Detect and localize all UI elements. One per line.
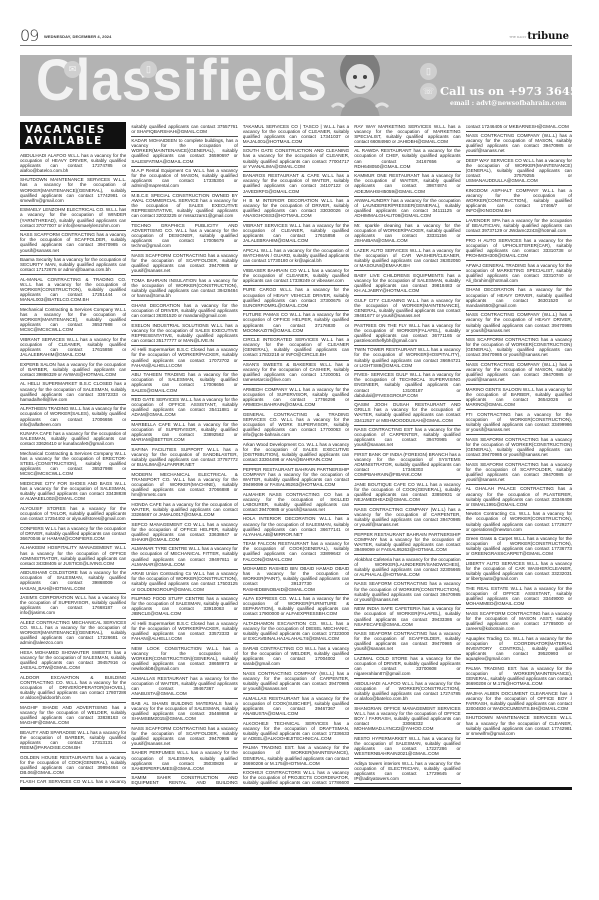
classified-ad: SHANGRIAN OFFICE MANAGEMENT SERVICES W.L… [354, 704, 460, 734]
classified-ad: KADAR MOHAIDEEN to complete buildings, h… [131, 137, 237, 167]
classified-ad: NASS CONTRACTING EST has a vacancy for t… [354, 426, 460, 451]
classified-ad: QASIM JOOH DUSAH RESTAURANT AND GRILLS h… [354, 401, 460, 426]
ad-list: ABDULHADI ALAFOO W.L.L has a vacancy for… [20, 151, 126, 785]
classified-ad: HONDA CAFE has a vacancy for the occupat… [131, 500, 237, 520]
classified-ad: RAY WAY MARKETING SERVICES W.L.L has a v… [354, 122, 460, 147]
tribune-logo: THE DAILYtribune [509, 31, 569, 42]
classified-ad: MARINO GENTS SALOON W.L.L has a vacancy … [466, 385, 572, 410]
classified-ad: Al Helli Supermarket B.S.C Closed has a … [131, 620, 237, 645]
classified-ad: ALMALLAS RESTAURANT has a vacancy for th… [243, 694, 349, 719]
classified-ad: TAKAMUL SERVICES CO | TASCO | W.L.L has … [243, 122, 349, 147]
mobile-icon: ▯ [420, 63, 437, 80]
classified-ad: BANAROS RESTAURANT & CAFE W.L.L has a va… [243, 172, 349, 197]
classified-ad: ALFA EXPRESS CO. W.L.L has a vacancy for… [243, 595, 349, 620]
classified-ad: ARAB Union Contracting Co W.L.L has a va… [131, 570, 237, 595]
classified-ad: FTI CONTRACTING has a vacancy for the oc… [466, 410, 572, 435]
classified-ad: PRO H AUTO SERVICES has a vacancy for th… [466, 236, 572, 261]
classified-ad: JASIM'S CORPORATION W.L.L has a vacancy … [20, 594, 126, 619]
classified-ad: GENERAL CONTRACTING & TRADING SERVICES C… [243, 410, 349, 440]
page-header: 09 WEDNESDAY, DECEMBER 4, 2024 [20, 26, 272, 46]
classified-ad: M.B.C.E SPECIAL CONSTRUCTION OWNED BY AW… [131, 192, 237, 222]
classified-ad: Newton Contracting Co. W.L.L has a vacan… [466, 510, 572, 535]
column-3: TAKAMUL SERVICES CO | TASCO | W.L.L has … [243, 122, 349, 785]
classified-ad: NSS SCAFFORM CONTRACTING has a vacancy f… [466, 336, 572, 361]
classified-ad: NEW INDIA SAFE CAFETERIA has a vacancy f… [354, 605, 460, 630]
classifieds-columns: VACANCIES AVAILABLE ABDULHADI ALAFOO W.L… [20, 122, 572, 785]
ad-list: RAY WAY MARKETING SERVICES W.L.L has a v… [354, 122, 460, 785]
classified-ad: VIBEASER BAHRAIN CO W.L.L has a vacancy … [243, 266, 349, 286]
classified-ad: SUN MIDDLE EAST CONTRACTING CO W.L.L has… [354, 784, 460, 785]
classified-ad: ALMAHER NASS CONTRACTING CO has a vacanc… [243, 490, 349, 515]
classified-ad: ALPATHEEN TRADING W.L.L has a vacancy fo… [20, 405, 126, 430]
classified-ad: AL HELLI SUPERMARKET B.S.C CLOSED has a … [20, 380, 126, 405]
classified-ad: FIRST BANK OF INDIA (FOREIGN) BRANCH has… [354, 450, 460, 480]
classified-ad: PEPPER RESTAURANT BAHRAIN PARTNERSHIP CO… [243, 465, 349, 490]
classified-ad: GOLDEN HOUSE RESTAURANTS has a vacancy f… [20, 753, 126, 778]
classified-ad: SEPCO MANAGEMENT CO W.L.L has a vacancy … [131, 520, 237, 545]
woman-illustration-icon [330, 55, 390, 116]
classified-ad: AFWAJ GENERAL TRADING has a vacancy for … [466, 261, 572, 286]
classified-ad: NASS SEAFORM CONTRACTING has a vacancy f… [354, 580, 460, 605]
classified-ad: Green Grass & Carpet W.L.L has a vacancy… [466, 535, 572, 560]
classified-ad: SARAB CONTRACTING CO W.L.L has a vacancy… [243, 644, 349, 669]
logo-prefix: THE DAILY [509, 35, 526, 39]
classified-ad: NASS SEAFORM CONTRACTING has a vacancy f… [466, 460, 572, 485]
classified-ad: PASTRIES ON THE FLY W.L.L has a vacancy … [354, 321, 460, 346]
classified-ad: TECHNO GRAPHICS PUBLICITY AND ADVERTISIN… [131, 222, 237, 252]
classified-ad: SAFINA FACILITIES SUPPORT W.L.L has a va… [131, 445, 237, 470]
classified-ad: Mechanical Contracting & Services Compan… [20, 305, 126, 335]
classified-ad: KINGDOM ASPHALT COMPANY W.L.L has a vaca… [466, 186, 572, 216]
classified-ad: MARBELLA CAFE W.L.L has a vacancy for th… [131, 421, 237, 446]
classified-ad: Aquaplex Trading Co. W.L.L has a vacancy… [466, 634, 572, 664]
page-date: WEDNESDAY, DECEMBER 4, 2024 [44, 34, 111, 39]
classified-ad: AL RAWDA RESTAURANT has a vacancy for th… [354, 147, 460, 172]
classified-ad: BABY LIVE CHILDRENS EQUIPMENTS has a vac… [354, 271, 460, 296]
classified-ad: HESA MOHAMED SHOWAITER SWEETS has a vaca… [20, 649, 126, 674]
classified-ad: M.A.P Rental Equipment Co W.L.L has a va… [131, 167, 237, 192]
classified-ad: SOUTH GATE CONSTRUCTION AND CLEANING has… [243, 147, 349, 172]
classified-ad: NASS CONTRACTING COMPANY (W.L.L) has a v… [466, 132, 572, 157]
classified-ad: RED GATE SERVICES W.L.L has a vacancy fo… [131, 396, 237, 421]
classified-ad: LAVENDER SPA has a vacancy for the occup… [466, 216, 572, 236]
classified-ad: FIVES- SERVICES GULF W.L.L has a vacancy… [354, 371, 460, 401]
classified-ad: ESMAELY LENZOHM ELECTRICAL CO. W.L.L has… [20, 206, 126, 231]
classified-ad: GULF CITY CLEANING W.L.L has a vacancy f… [354, 296, 460, 321]
classified-ad: PALMA TRADING EST. has a vacancy for the… [466, 664, 572, 689]
classified-ad: ARMEDH COMPANY W.L.L has a vacancy for t… [243, 385, 349, 410]
classified-ad: MODERN MECHANICAL ELECTRICAL & TRANSPORT… [131, 470, 237, 500]
logo-text: tribune [527, 31, 569, 42]
classified-ad: MOHAMED RASHED BIN OBAID HAMAD OBAID has… [243, 565, 349, 595]
classified-ad: VIBRANT SERVICES W.L.L has a vacancy for… [20, 335, 126, 360]
column-2: suitably qualified applicants can contac… [131, 122, 237, 785]
classified-ad: ALKOOHEJI TECHNICAL SERVICES has a vacan… [243, 719, 349, 744]
classified-ad: LAZER AUTO SERVICES W.L.L has a vacancy … [354, 246, 460, 271]
classifieds-banner: Classifieds ✉ ▯ ▯ ☏ Call us on +973 3645… [20, 55, 572, 116]
classified-ad: SHUTDOWN MAINTENANCE SERVICES W.L.L has … [466, 714, 572, 739]
classified-ad: Mechanical Contracting & Services Compan… [20, 450, 126, 480]
column-1: VACANCIES AVAILABLE ABDULHADI ALAFOO W.L… [20, 122, 126, 785]
classified-ad: WAJIHA ALBEN DOCUMENT CLEARANCE has a va… [466, 689, 572, 714]
classified-ad: ABU TAHEEN TRADING has a vacancy for the… [131, 371, 237, 396]
classified-ad: NASS CONTRACTING COMPANY (W.L.L) has a v… [243, 669, 349, 694]
classified-ad: ALMANAR TYRE CENTRE W.L.L has a vacancy … [131, 545, 237, 570]
banner-call-text: Call us on +973 36458394 [440, 84, 572, 98]
classified-ad: PURE CARGO W.L.L has a vacancy for the o… [243, 286, 349, 311]
classified-ad: Mr. sparkle cleaning has a vacancy for t… [354, 222, 460, 247]
classified-ad: NASS SCAFFORM CONTRACTING has a vacancy … [20, 231, 126, 256]
classified-ad: Baama Security has a vacancy for the occ… [20, 256, 126, 276]
classified-ad: PEPPER RESTAURANT BAHRAIN PARTNERSHIP CO… [354, 530, 460, 555]
classified-ad: KOOHEJI CONTRACTORS W.L.L has a vacancy … [243, 769, 349, 785]
classified-ad: AL-MANAL CONTRACTING & TRADING CO. W.L.L… [20, 275, 126, 305]
banner-email-text: email : advt@newsofbahrain.com [450, 100, 566, 107]
classified-ad: TWIN TOWER RESTAURANT W.L.L has a vacanc… [354, 346, 460, 371]
classified-ad: VIBRANT SERVICES W.L.L has a vacancy for… [243, 222, 349, 247]
classified-ad: NASS CONTRACTING COMPANY (W.L.L) has a v… [466, 361, 572, 386]
classified-ad: BEAUTY AND SPARADISE W.L.L has a vacancy… [20, 728, 126, 753]
classified-ad: NASS CONTRACTING COMPANY (W.L.L) has a v… [466, 311, 572, 336]
classified-ad: FLASH CAR SERVICES CO W.L.L has a vacanc… [20, 778, 126, 785]
classified-ad: NEW LOOK CONSTRUCTION W.L.L has a vacanc… [131, 644, 237, 674]
classified-ad: NASS CONTRACTING COMPANY (W.L.L) has a v… [354, 505, 460, 530]
classified-ad: NASS SCAFFORM CONTRACTING has a vacancy … [466, 609, 572, 634]
classified-ad: NASS SEAFORM CONTRACTING has a vacancy f… [466, 435, 572, 460]
classified-ad: ABDULHADI ALAFOO W.L.L has a vacancy for… [20, 151, 126, 176]
classified-ad: DEEP WAY SERVICES CO W.L.L has a vacancy… [466, 156, 572, 186]
classified-ad: SAHER PERFUMES W.L.L has a vacancy for t… [131, 749, 237, 774]
ad-list: suitably qualified applicants can contac… [131, 122, 237, 785]
classified-ad: contact 17246405 or MKBARNESH@GMAIL.COM [466, 122, 572, 132]
classified-ad: NASS SCAFFORM CONTRACTING has a vacancy … [131, 251, 237, 276]
classified-ad: Arkan Wood Development Co. W.L.L has a v… [243, 440, 349, 465]
banner-title: Classifieds [36, 55, 328, 114]
classified-ad: LIBERTY AUTO SERVICES W.L.L has a vacanc… [466, 560, 572, 585]
classified-ad: ALHAKEEM HOSPITALITY MANAGEMENT W.L.L ha… [20, 544, 126, 569]
classified-ad: suitably qualified applicants can contac… [131, 122, 237, 137]
ad-list: TAKAMUL SERVICES CO | TASCO | W.L.L has … [243, 122, 349, 785]
classified-ad: ALMALLAS RESTAURANT has a vacancy for th… [131, 674, 237, 699]
classified-ad: H B M INTERIOR DECORATION W.L.L has a va… [243, 197, 349, 222]
classified-ad: NASS SCAFFORM CONTRACTING has a vacancy … [131, 724, 237, 749]
vacancies-heading: VACANCIES AVAILABLE [20, 122, 126, 149]
classified-ad: ABDULHADI ALAFOO W.L.L has a vacancy for… [354, 679, 460, 704]
classified-ad: NASS SEAFORM CONTRACTING has a vacancy f… [354, 630, 460, 655]
classified-ad: PALMA TRADING EST. has a vacancy for the… [243, 744, 349, 769]
classified-ad: ANWALAUNDRY has a vacancy for the occupa… [354, 197, 460, 222]
classified-ad: SHUTDOWN MAINTENANCE SERVICES W.L.L. has… [20, 176, 126, 206]
mobile-phone-icon: ▯ [140, 61, 157, 78]
classified-ad: SAMIM SAHIR CONSTRUCTION AND EQUIPMENT R… [131, 774, 237, 785]
classified-ad: AL GHALAH PALACE CONTRACTING has a vacan… [466, 485, 572, 510]
classified-ad: Al Helli Supermarket B.S.C Closed has a … [131, 346, 237, 371]
classified-ad: MAGHIF SHADE AND ADVERTISING has a vacan… [20, 703, 126, 728]
classified-ad: ALTADHAMON EXCAVATION CO. W.L.L has a va… [243, 620, 349, 645]
classified-ad: GHANI DECORATION has a vacancy for the o… [466, 286, 572, 311]
classified-ad: ALYOUSIF STORES has a vacancy for the oc… [20, 504, 126, 524]
footer-rule [20, 787, 572, 790]
classified-ad: GHANI DECORATION has a vacancy for the o… [131, 301, 237, 321]
column-5: contact 17246405 or MKBARNESH@GMAIL.COMN… [466, 122, 572, 785]
classified-ad: ABDUSHAMI COLDSTORE has a vacancy for th… [20, 569, 126, 594]
classified-ad: FUTURE PAMAS CO W.L.L has a vacancy for … [243, 311, 349, 336]
ad-list: contact 17246405 or MKBARNESH@GMAIL.COMN… [466, 122, 572, 739]
header-rule [20, 45, 572, 46]
classified-ad: EXELON INDUSTRIAL SOLUTIONS W.L.L has a … [131, 321, 237, 346]
classified-ad: KAMMUR ONE RESTAURANT has a vacancy for … [354, 172, 460, 197]
classified-ad: CONFIERS W.L.L has a vacancy for the occ… [20, 524, 126, 544]
vacancies-heading-line2: AVAILABLE [25, 136, 121, 147]
classified-ad: ALEEZ CONTRACTING MECHANICAL SERVICES CO… [20, 619, 126, 649]
page-number: 09 [20, 26, 38, 45]
classified-ad: HOLA INTERIOR DECORATION W.L.L has a vac… [243, 515, 349, 540]
classified-ad: NESTO HYPERMARKET W.L.L has a vacancy fo… [354, 734, 460, 759]
email-icon: ✉ [64, 61, 81, 78]
classified-ad: ALDOOR EXCAVATION & BUILDING CONTRACTING… [20, 673, 126, 703]
classified-ad: Aditya towers interiors W.L.L has a vaca… [354, 759, 460, 784]
classified-ad: Alokbhat Cafeteria has a vacancy for the… [354, 555, 460, 580]
classified-ad: JANE BOUTIQUE CAFE CO W.L.L has a vacanc… [354, 480, 460, 505]
phone-icon: ☏ [420, 83, 437, 100]
classified-ad: KUNAFA CAFE has a vacancy for the occupa… [20, 430, 126, 450]
classified-ad: BAB AL SHAMS BUILDING MATERIALS has a va… [131, 699, 237, 724]
column-4: RAY WAY MARKETING SERVICES W.L.L has a v… [354, 122, 460, 785]
classified-ad: CIRCLE INTEGRATED SERVICES W.L.L has a v… [243, 336, 349, 361]
vacancies-heading-line1: VACANCIES [25, 125, 121, 136]
classified-ad: FILIPINO FOOD STUFF CENTRE has a vacancy… [131, 595, 237, 620]
classified-ad: THE REAL ESTATE W.L.L has a vacancy for … [466, 584, 572, 609]
classified-ad: ASAN'S SWEETS & BAKERIES W.L.L has a vac… [243, 361, 349, 386]
classified-ad: APICAL W.L.L has a vacancy for the occup… [243, 246, 349, 266]
classified-ad: MEDICINE CITY FOR SHOES AND BAGS W.L.L h… [20, 479, 126, 504]
classified-ad: TEAM FALCON RESTAURANT has a vacancy for… [243, 540, 349, 565]
classified-ad: TOMA BAHRAIN INSULATION has a vacancy fo… [131, 276, 237, 301]
classified-ad: EXPERB SALON has a vacancy for the occup… [20, 360, 126, 380]
classified-ad: LAZIMAL COLD STORE has a vacancy for the… [354, 655, 460, 680]
